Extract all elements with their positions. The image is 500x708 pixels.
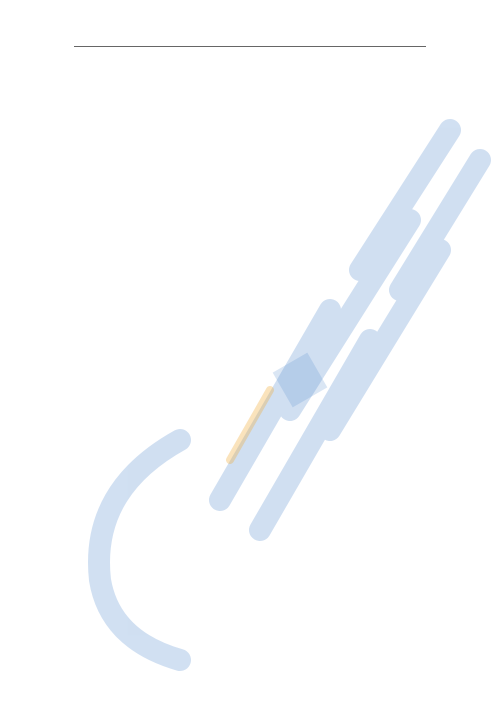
header-divider [74, 46, 426, 47]
watermark-logo-icon [30, 60, 500, 680]
document-page [0, 0, 500, 708]
